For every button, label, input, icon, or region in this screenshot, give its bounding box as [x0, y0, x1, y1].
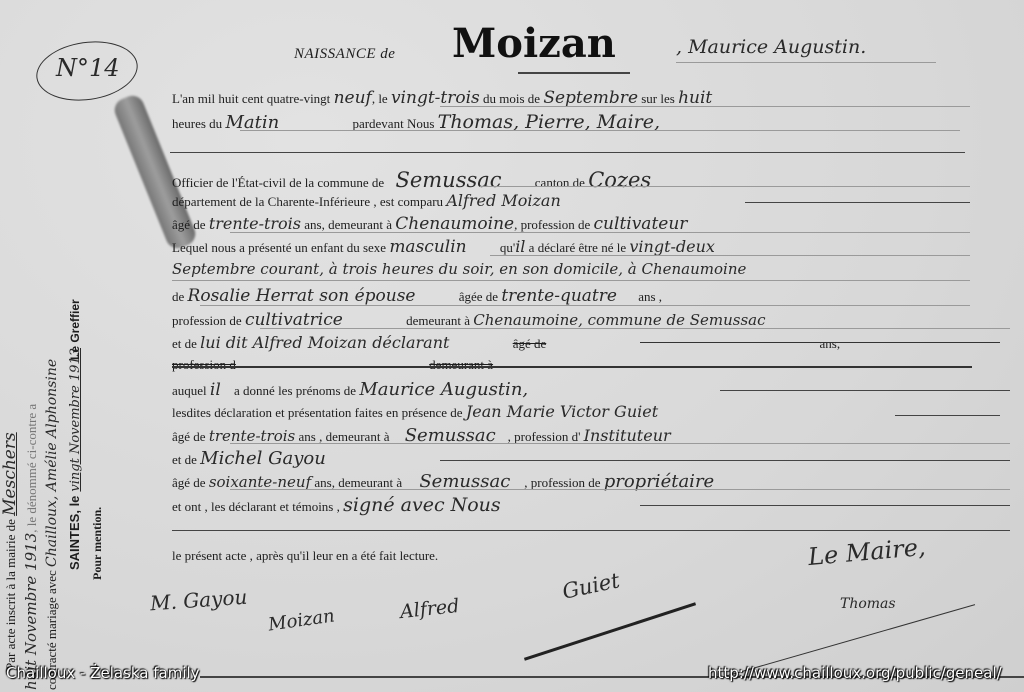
text: auquel — [172, 383, 207, 398]
text: , profession d' — [508, 429, 581, 444]
signature-alfred: Alfred — [399, 595, 460, 623]
pronoun: il — [515, 237, 525, 256]
margin-note: Par acte inscrit à la mairie de Meschers… — [0, 250, 120, 690]
signature-clause: signé avec Nous — [343, 494, 501, 516]
mother-age: trente-quatre — [501, 286, 617, 306]
declarant-age: trente-trois — [209, 214, 301, 233]
signature-flourish — [524, 602, 696, 660]
text: de — [172, 289, 184, 304]
text: sur les — [641, 91, 675, 106]
spouse-name: Chailloux, Amélie Alphonsine — [44, 359, 60, 567]
text: âgé de — [172, 217, 206, 232]
given-names: , Maurice Augustin. — [676, 36, 866, 58]
text: SAINTES, le — [67, 496, 82, 570]
signature-gayou: M. Gayou — [149, 585, 248, 616]
declarant-profession: cultivateur — [594, 214, 688, 234]
mother-name: Rosalie Herrat son épouse — [188, 286, 416, 306]
marriage-commune: Meschers — [0, 432, 20, 516]
text: âgé de — [172, 475, 206, 490]
text: qu' — [500, 240, 515, 255]
signature-thomas: Thomas — [840, 596, 896, 612]
text: , profession de — [524, 475, 600, 490]
text: lesdites déclaration et présentation fai… — [172, 405, 463, 420]
father-note: lui dit Alfred Moizan déclarant — [200, 333, 449, 352]
text: demeurant à — [429, 357, 493, 372]
text: canton de — [535, 175, 585, 190]
text: ans, demeurant à — [304, 217, 392, 232]
text: L'an mil huit cent quatre-vingt — [172, 91, 330, 106]
text: Par acte inscrit à la mairie de — [3, 519, 18, 670]
signature-guiet: Guiet — [560, 568, 622, 604]
birth-details: Septembre courant, à trois heures du soi… — [172, 260, 746, 278]
year-value: neuf — [334, 88, 372, 108]
text: âgé de — [513, 336, 547, 351]
text: âgé de — [172, 429, 206, 444]
signature-le-maire: Le Maire, — [807, 533, 927, 571]
text: du mois de — [483, 91, 540, 106]
text: le présent acte , après qu'il leur en a … — [172, 548, 438, 563]
text: a donné les prénoms de — [234, 383, 356, 398]
declarant-residence: Chenaumoine — [395, 214, 514, 234]
text: Le Greffier — [68, 299, 82, 360]
text: Officier de l'État-civil de la commune d… — [172, 175, 384, 190]
text: a déclaré être né le — [529, 240, 626, 255]
month-value: Septembre — [543, 88, 638, 108]
title-prefix: NAISSANCE de — [294, 46, 395, 63]
day-value: vingt-trois — [391, 88, 480, 108]
url-watermark[interactable]: http://www.chailloux.org/public/geneal/ — [708, 664, 1002, 682]
text: ans , demeurant à — [299, 429, 390, 444]
text: ans, demeurant à — [314, 475, 402, 490]
text: département de la Charente-Inférieure , … — [172, 194, 443, 209]
text: et de — [172, 452, 197, 467]
family-watermark: Chailloux - Żelaska family — [6, 664, 200, 682]
text: Lequel nous a présenté un enfant du sexe — [172, 240, 386, 255]
text: , le dénommé ci-contre a — [24, 404, 39, 533]
text: profession de — [172, 313, 242, 328]
text: et de — [172, 336, 197, 351]
text: ans , — [638, 289, 662, 304]
surname: Moizan — [452, 20, 616, 67]
mother-profession: cultivatrice — [245, 310, 343, 330]
witness1-name: Jean Marie Victor Guiet — [466, 402, 658, 421]
act-number: N°14 — [56, 54, 120, 82]
text: âgée de — [459, 289, 498, 304]
text: heures du — [172, 116, 222, 131]
hour-value: huit — [678, 88, 712, 108]
text: ans, — [820, 336, 841, 351]
signature-moizan: Moizan — [267, 605, 336, 635]
text: demeurant à — [406, 313, 470, 328]
text: , le — [372, 91, 388, 106]
birth-day: vingt-deux — [629, 237, 715, 256]
text: Pour mention. — [90, 507, 104, 580]
text: , profession de — [514, 217, 590, 232]
text: profession d — [172, 357, 236, 372]
text: pardevant Nous — [352, 116, 434, 131]
child-given-names: Maurice Augustin, — [359, 379, 528, 400]
pronoun: il — [210, 380, 221, 400]
text: et ont , les déclarant et témoins , — [172, 499, 340, 514]
mother-residence: Chenaumoine, commune de Semussac — [473, 311, 765, 329]
canton-value: Cozes — [588, 168, 651, 192]
witness2-name: Michel Gayou — [200, 448, 326, 469]
child-sex: masculin — [389, 237, 466, 257]
declarant-name: Alfred Moizan — [446, 191, 560, 210]
mention-date: vingt Novembre 1913 — [68, 348, 83, 492]
commune-value: Semussac — [395, 168, 501, 192]
